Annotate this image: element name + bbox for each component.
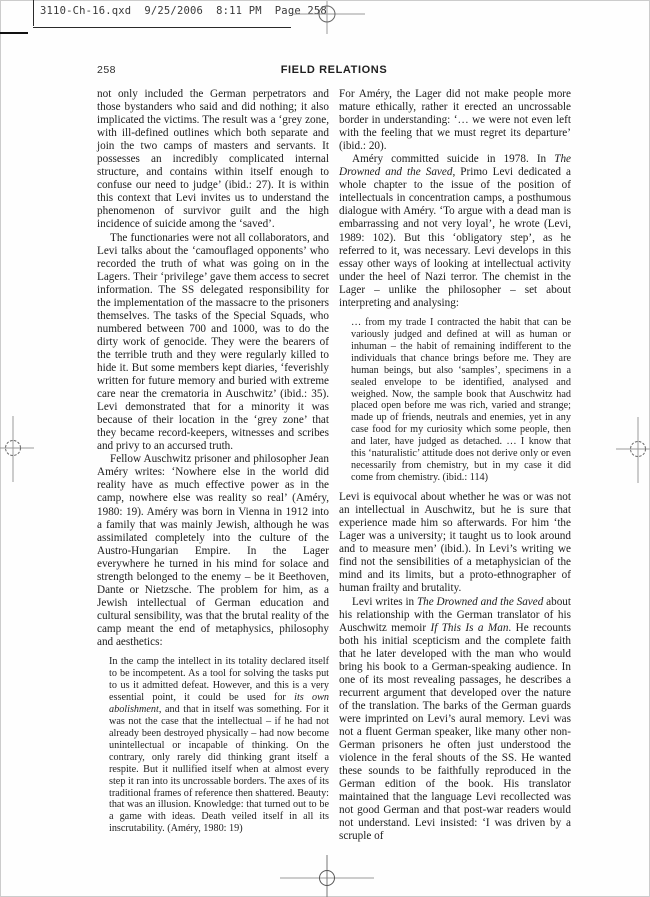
scanned-book-page: 3110-Ch-16.qxd 9/25/2006 8:11 PM Page 25… [0, 0, 650, 897]
registration-mark-icon [272, 841, 382, 897]
proof-header-divider [33, 0, 34, 26]
paragraph: not only included the German perpetrator… [97, 88, 329, 232]
left-column: not only included the German perpetrator… [97, 88, 329, 843]
proof-header-underline [33, 27, 291, 28]
right-column: For Améry, the Lager did not make people… [339, 88, 571, 843]
block-quote: … from my trade I contracted the habit t… [351, 317, 571, 484]
registration-mark-icon [287, 0, 367, 46]
block-quote: In the camp the intellect in its totalit… [109, 656, 329, 835]
paragraph: The functionaries were not all collabora… [97, 232, 329, 454]
paragraph: For Améry, the Lager did not make people… [339, 88, 571, 153]
paragraph: Améry committed suicide in 1978. In The … [339, 153, 571, 310]
proof-header-text: 3110-Ch-16.qxd 9/25/2006 8:11 PM Page 25… [40, 5, 327, 17]
running-title: FIELD RELATIONS [97, 64, 571, 76]
paragraph: Levi is equivocal about whether he was o… [339, 491, 571, 595]
paragraph: Fellow Auschwitz prisoner and philosophe… [97, 453, 329, 649]
registration-mark-icon [602, 413, 650, 489]
edge-trim-bar [0, 32, 28, 34]
registration-mark-icon [0, 412, 48, 488]
paragraph: Levi writes in The Drowned and the Saved… [339, 596, 571, 844]
text-block: not only included the German perpetrator… [97, 88, 571, 843]
